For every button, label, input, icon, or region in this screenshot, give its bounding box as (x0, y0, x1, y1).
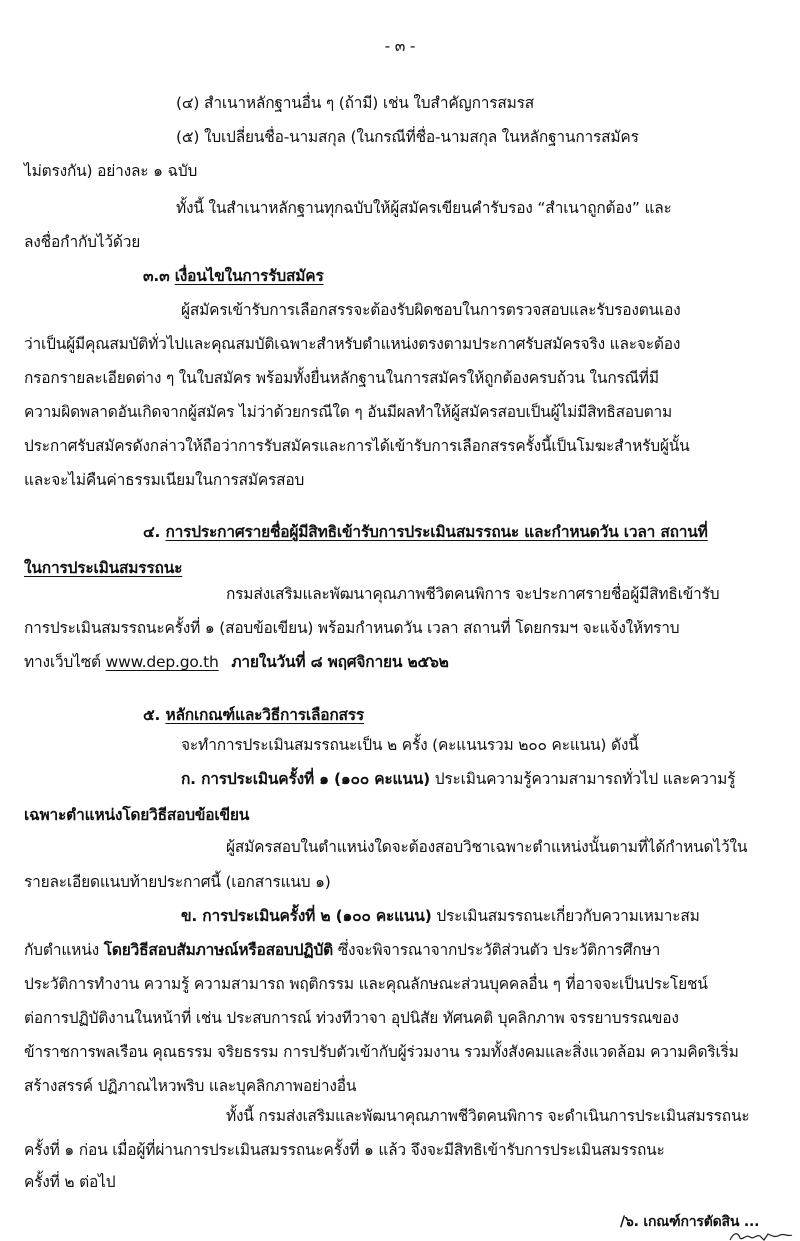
part-a-note-line2: รายละเอียดแนบท้ายประกาศนี้ (เอกสารแนบ ๑) (24, 872, 331, 892)
paragraph-line: ผู้สมัครเข้ารับการเลือกสรรจะต้องรับผิดชอ… (181, 300, 681, 320)
part-b-line2: กับตำแหน่ง โดยวิธีสอบสัมภาษณ์หรือสอบปฏิบ… (24, 940, 660, 960)
list-item-5-line1: (๕) ใบเปลี่ยนชื่อ-นามสกุล (ในกรณีที่ชื่อ… (176, 127, 639, 147)
signature-icon (728, 1232, 800, 1241)
list-item-4: (๔) สำเนาหลักฐานอื่น ๆ (ถ้ามี) เช่น ใบสำ… (176, 93, 534, 113)
paragraph-line: ประกาศรับสมัครดังกล่าวให้ถือว่าการรับสมั… (24, 436, 690, 456)
section-3-3-heading: ๓.๓ เงื่อนไขในการรับสมัคร (143, 266, 324, 286)
paragraph-line: ความผิดพลาดอันเกิดจากผู้สมัคร ไม่ว่าด้วย… (24, 402, 672, 422)
paragraph-line: และจะไม่คืนค่าธรรมเนียมในการสมัครสอบ (24, 470, 304, 490)
paragraph-line: ข้าราชการพลเรือน คุณธรรม จริยธรรม การปรั… (24, 1042, 739, 1062)
website-line: ทางเว็บไซต์ www.dep.go.th ภายในวันที่ ๘ … (24, 652, 449, 672)
continuation-marker: /๖. เกณฑ์การตัดสิน ... (620, 1212, 759, 1232)
website-prefix: ทางเว็บไซต์ (24, 653, 106, 671)
paragraph-line: ว่าเป็นผู้มีคุณสมบัติทั่วไปและคุณสมบัติเ… (24, 334, 680, 354)
paragraph-line: กรอกรายละเอียดต่าง ๆ ในใบสมัคร พร้อมทั้ง… (24, 368, 659, 388)
paragraph-line: การประเมินสมรรถนะครั้งที่ ๑ (สอบข้อเขียน… (24, 618, 679, 638)
part-a-note-line1: ผู้สมัครสอบในตำแหน่งใดจะต้องสอบวิชาเฉพาะ… (226, 837, 747, 857)
section-number: ๕. (143, 706, 160, 724)
section-title: เงื่อนไขในการรับสมัคร (175, 267, 324, 285)
section-4-heading: ๔. การประกาศรายชื่อผู้มีสิทธิเข้ารับการป… (143, 522, 708, 542)
part-b-rest: ซึ่งจะพิจารณาจากประวัติส่วนตัว ประวัติกา… (333, 941, 660, 959)
part-a-line2: เฉพาะตำแหน่งโดยวิธีสอบข้อเขียน (24, 805, 249, 825)
part-b-text: ประเมินสมรรถนะเกี่ยวกับความเหมาะสม (432, 907, 700, 925)
closing-line: ทั้งนี้ กรมส่งเสริมและพัฒนาคุณภาพชีวิตคน… (226, 1106, 750, 1126)
part-a-label: ก. การประเมินครั้งที่ ๑ (๑๐๐ คะแนน) (181, 770, 430, 788)
section-number: ๔. (143, 523, 160, 541)
section-number: ๓.๓ (143, 267, 169, 285)
paragraph-line: ต่อการปฏิบัติงานในหน้าที่ เช่น ประสบการณ… (24, 1008, 679, 1028)
page-number: - ๓ - (0, 36, 800, 56)
section-4-heading-line2: ในการประเมินสมรรถนะ (24, 558, 182, 578)
certify-note-line1: ทั้งนี้ ในสำเนาหลักฐานทุกฉบับให้ผู้สมัคร… (176, 198, 672, 218)
section-title: การประกาศรายชื่อผู้มีสิทธิเข้ารับการประเ… (165, 523, 707, 541)
closing-line: ครั้งที่ ๒ ต่อไป (24, 1172, 115, 1192)
certify-note-line2: ลงชื่อกำกับไว้ด้วย (24, 232, 140, 252)
part-a-text: ประเมินความรู้ความสามารถทั่วไป และความรู… (430, 770, 735, 788)
part-a-line1: ก. การประเมินครั้งที่ ๑ (๑๐๐ คะแนน) ประเ… (181, 769, 735, 789)
paragraph-line: สร้างสรรค์ ปฏิภาณไหวพริบ และบุคลิกภาพอย่… (24, 1076, 356, 1096)
part-b-label: ข. การประเมินครั้งที่ ๒ (๑๐๐ คะแนน) (181, 907, 432, 925)
part-b-line1: ข. การประเมินครั้งที่ ๒ (๑๐๐ คะแนน) ประเ… (181, 906, 700, 926)
section-title: หลักเกณฑ์และวิธีการเลือกสรร (165, 706, 364, 724)
part-b-method: โดยวิธีสอบสัมภาษณ์หรือสอบปฏิบัติ (104, 941, 333, 959)
section-5-intro: จะทำการประเมินสมรรถนะเป็น ๒ ครั้ง (คะแนน… (181, 735, 639, 755)
document-page: - ๓ - (๔) สำเนาหลักฐานอื่น ๆ (ถ้ามี) เช่… (0, 0, 800, 1241)
website-link[interactable]: www.dep.go.th (106, 653, 219, 671)
paragraph-line: ประวัติการทำงาน ความรู้ ความสามารถ พฤติก… (24, 974, 708, 994)
paragraph-line: กรมส่งเสริมและพัฒนาคุณภาพชีวิตคนพิการ จะ… (226, 584, 719, 604)
deadline-text: ภายในวันที่ ๘ พฤศจิกายน ๒๕๖๒ (231, 653, 448, 671)
section-5-heading: ๕. หลักเกณฑ์และวิธีการเลือกสรร (143, 705, 364, 725)
closing-line: ครั้งที่ ๑ ก่อน เมื่อผู้ที่ผ่านการประเมิ… (24, 1140, 665, 1160)
part-b-prefix: กับตำแหน่ง (24, 941, 104, 959)
list-item-5-line2: ไม่ตรงกัน) อย่างละ ๑ ฉบับ (24, 161, 197, 181)
